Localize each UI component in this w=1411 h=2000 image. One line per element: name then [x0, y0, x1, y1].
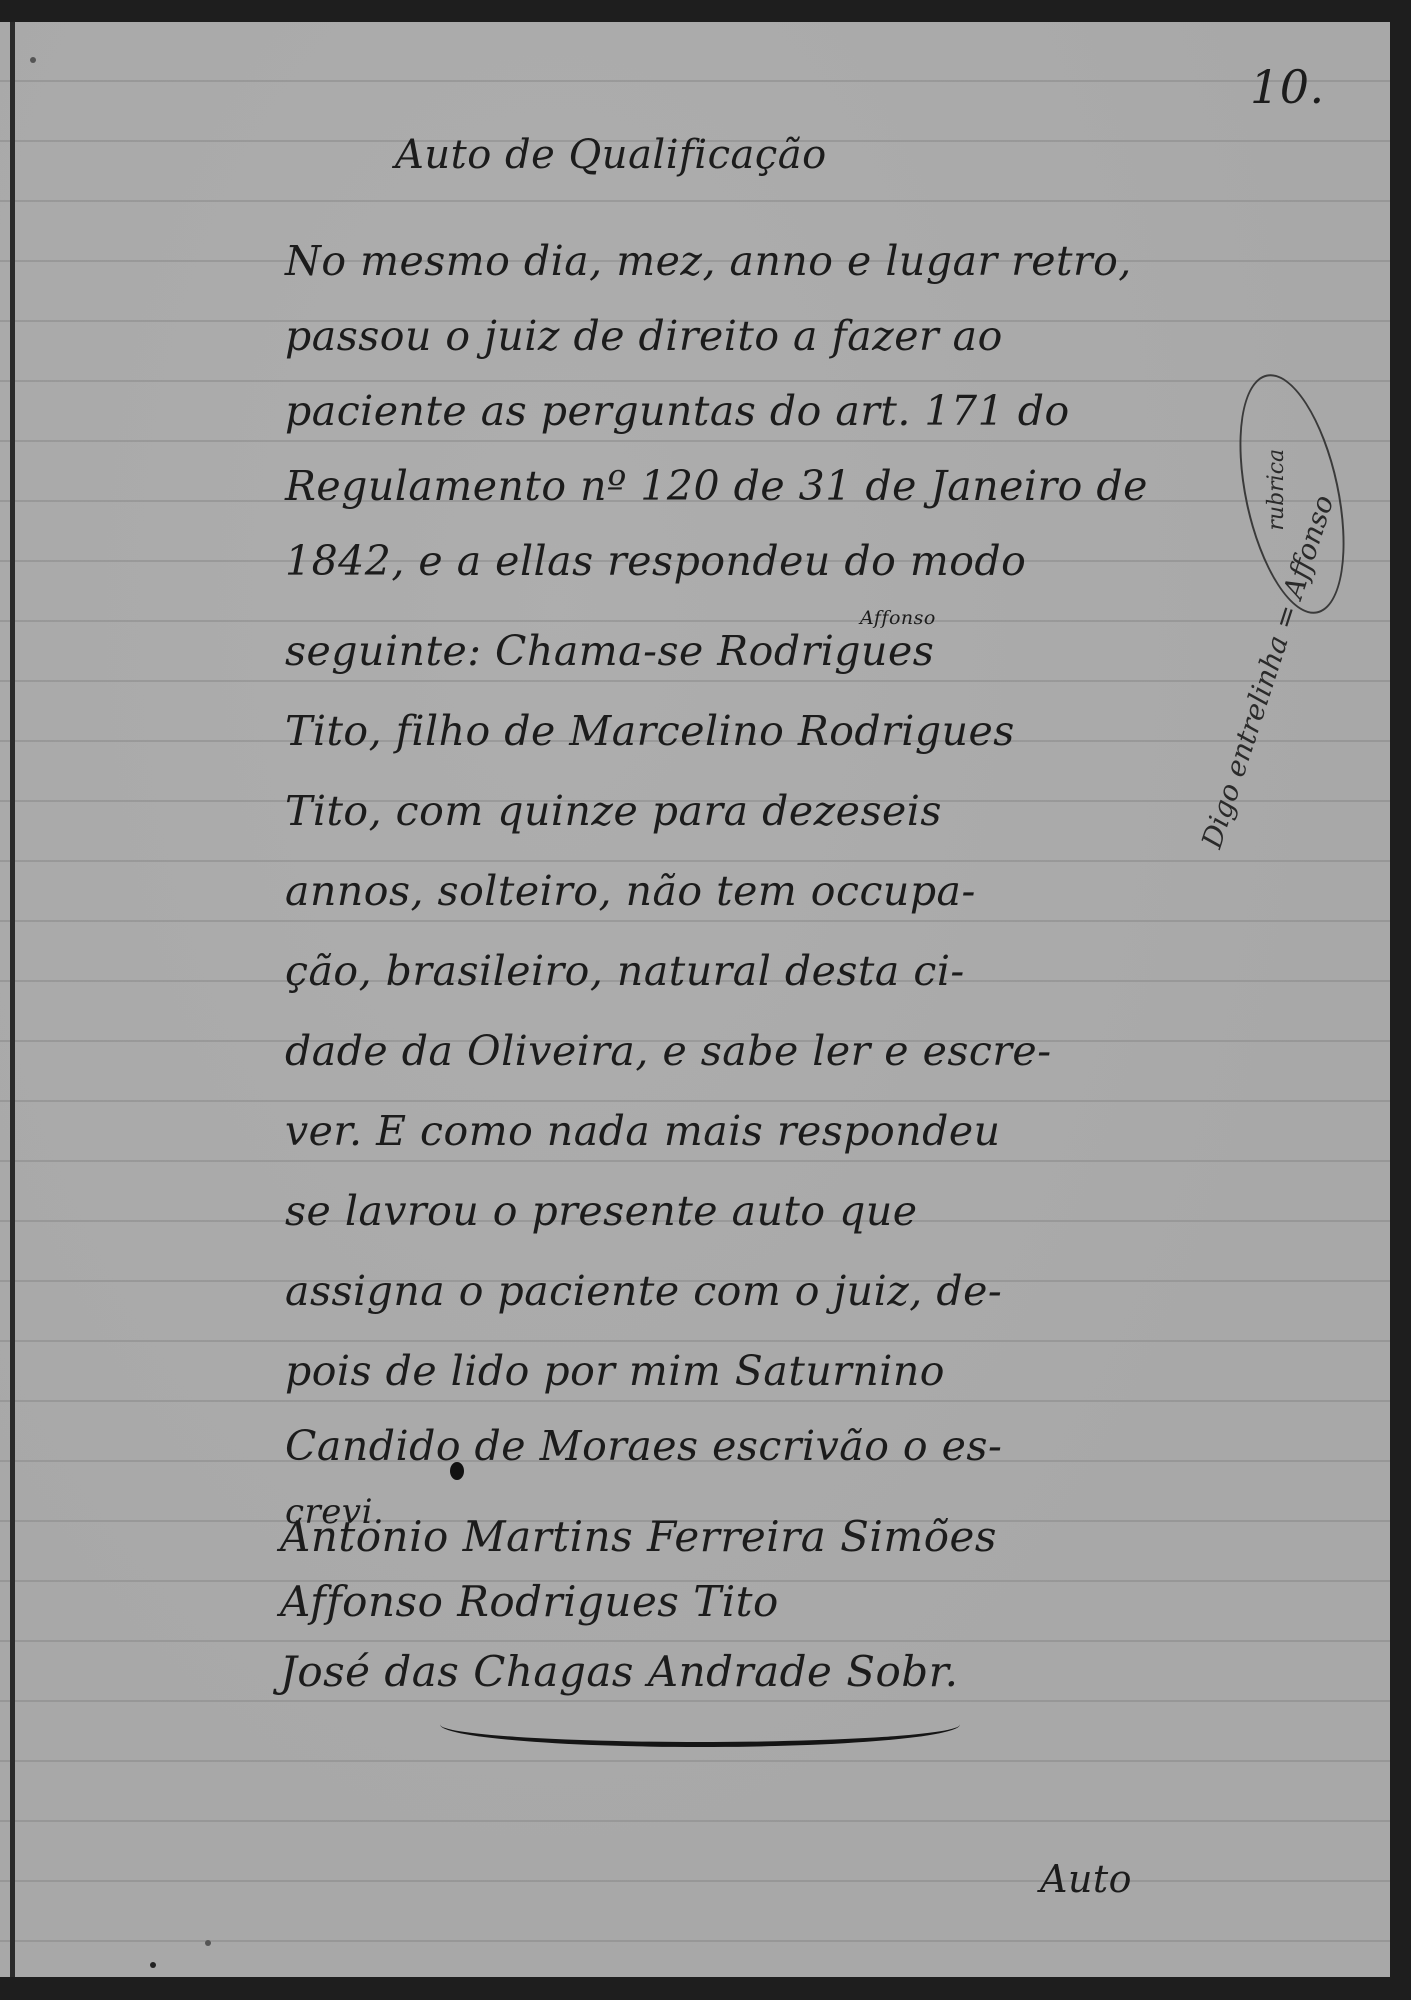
paper-speck	[30, 57, 36, 63]
manuscript-page: 10. Auto de Qualificação No mesmo dia, m…	[0, 22, 1390, 1977]
signature-patient: Affonso Rodrigues Tito	[280, 1577, 779, 1626]
body-line: ção, brasileiro, natural desta ci-	[285, 947, 965, 995]
body-line: annos, solteiro, não tem occupa-	[285, 867, 976, 915]
body-line: Tito, com quinze para dezeseis	[285, 787, 942, 835]
binding-edge	[10, 22, 15, 1977]
rubric-text: rubrica	[1264, 449, 1289, 531]
body-line: 1842, e a ellas respondeu do modo	[285, 537, 1026, 585]
body-line: passou o juiz de direito a fazer ao	[285, 312, 1003, 360]
body-line: pois de lido por mim Saturnino	[285, 1347, 945, 1395]
body-line: No mesmo dia, mez, anno e lugar retro,	[285, 237, 1132, 285]
paper-speck	[150, 1962, 156, 1968]
body-line: assigna o paciente com o juiz, de-	[285, 1267, 1002, 1315]
interlinear-insert: Affonso	[860, 607, 936, 629]
body-line: ver. E como nada mais respondeu	[285, 1107, 1001, 1155]
ink-blot	[450, 1462, 464, 1480]
signature-flourish	[440, 1702, 960, 1747]
page-number: 10.	[1250, 60, 1325, 114]
body-line: paciente as perguntas do art. 171 do	[285, 387, 1070, 435]
body-line: Candido de Moraes escrivão o es-	[285, 1422, 1002, 1470]
paper-speck	[205, 1940, 211, 1946]
body-line: Tito, filho de Marcelino Rodrigues	[285, 707, 1015, 755]
body-line: Regulamento nº 120 de 31 de Janeiro de	[285, 462, 1148, 510]
signature-witness: José das Chagas Andrade Sobr.	[280, 1647, 959, 1696]
signature-judge: Antonio Martins Ferreira Simões	[280, 1512, 997, 1561]
body-line: seguinte: Chama-se Rodrigues	[285, 627, 934, 675]
body-line: se lavrou o presente auto que	[285, 1187, 918, 1235]
margin-rubric-stamp: rubrica	[1221, 365, 1364, 623]
body-line: dade da Oliveira, e sabe ler e escre-	[285, 1027, 1052, 1075]
catchword: Auto	[1040, 1857, 1132, 1901]
document-title: Auto de Qualificação	[395, 132, 827, 178]
